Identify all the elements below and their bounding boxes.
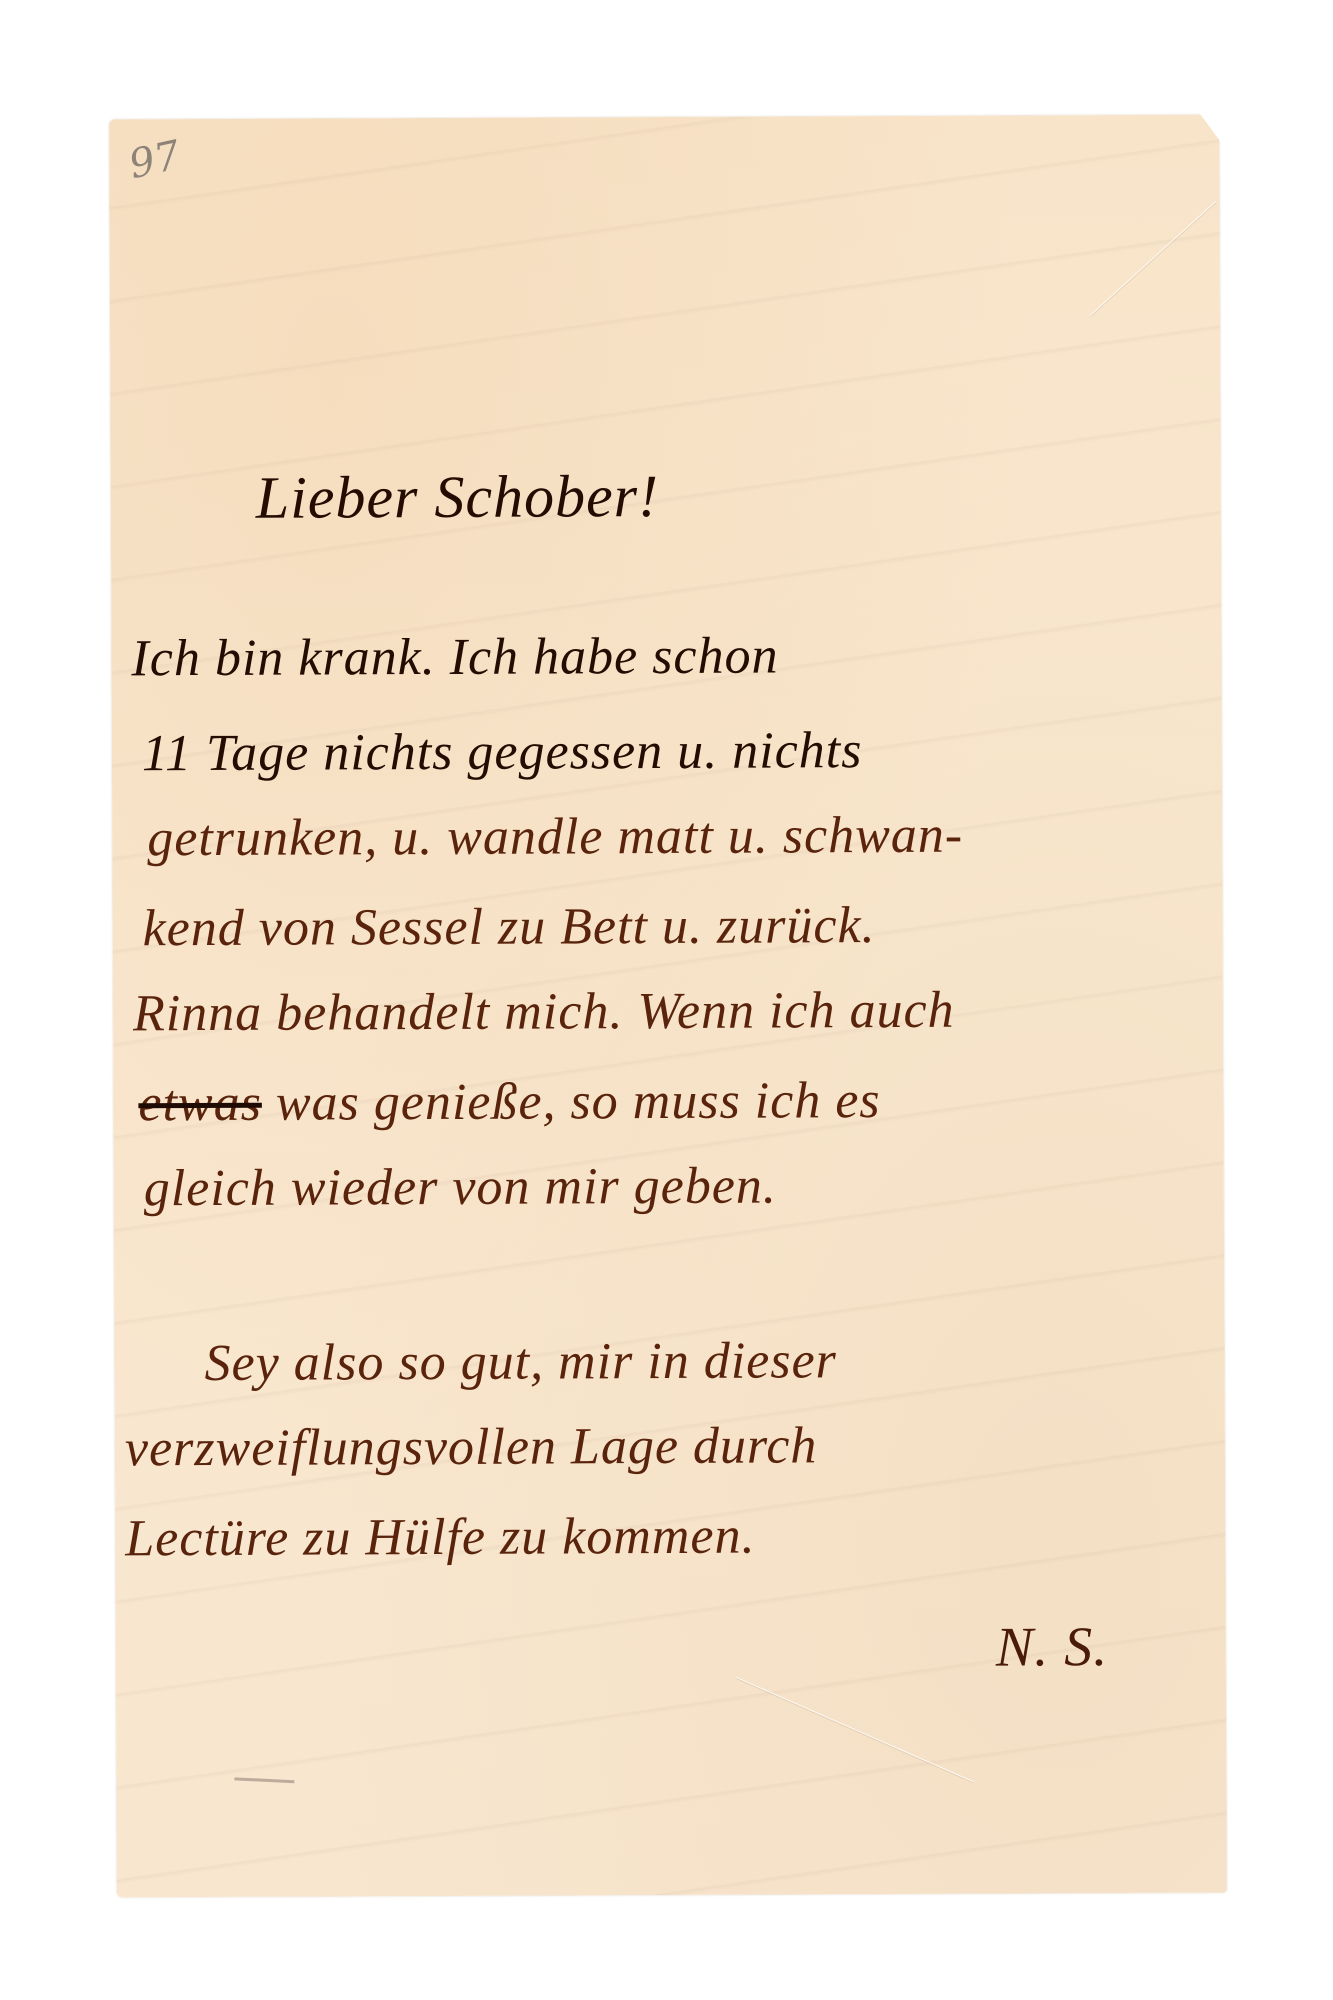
letter-line: kend von Sessel zu Bett u. zurück. — [143, 896, 876, 958]
letter-line: Ich bin krank. Ich habe schon — [131, 627, 778, 689]
letter-line: Sey also so gut, mir in dieser — [204, 1331, 837, 1393]
archive-number: 97 — [125, 132, 185, 188]
letter-line: Lectüre zu Hülfe zu kommen. — [125, 1507, 755, 1569]
struck-out-word: etwas — [138, 1075, 262, 1133]
letter-line: getrunken, u. wandle matt u. schwan- — [147, 806, 963, 869]
letter-line-text: was genieße, so muss ich es — [276, 1072, 881, 1132]
pencil-mark — [234, 1777, 294, 1783]
letter-line: verzweiflungsvollen Lage durch — [125, 1416, 818, 1478]
letter-line: 11 Tage nichts gegessen u. nichts — [142, 721, 863, 783]
letter-line: gleich wieder von mir geben. — [144, 1157, 777, 1219]
letter-line: etwas was genieße, so muss ich es — [138, 1071, 880, 1133]
letter-sheet: 97 Lieber Schober! Ich bin krank. Ich ha… — [109, 115, 1227, 1898]
paper-crease — [1090, 201, 1217, 316]
paper-crease — [736, 1677, 974, 1783]
salutation: Lieber Schober! — [256, 462, 660, 533]
letter-line: Rinna behandelt mich. Wenn ich auch — [133, 981, 955, 1044]
folded-corner — [1199, 113, 1221, 143]
signature: N. S. — [996, 1615, 1109, 1679]
